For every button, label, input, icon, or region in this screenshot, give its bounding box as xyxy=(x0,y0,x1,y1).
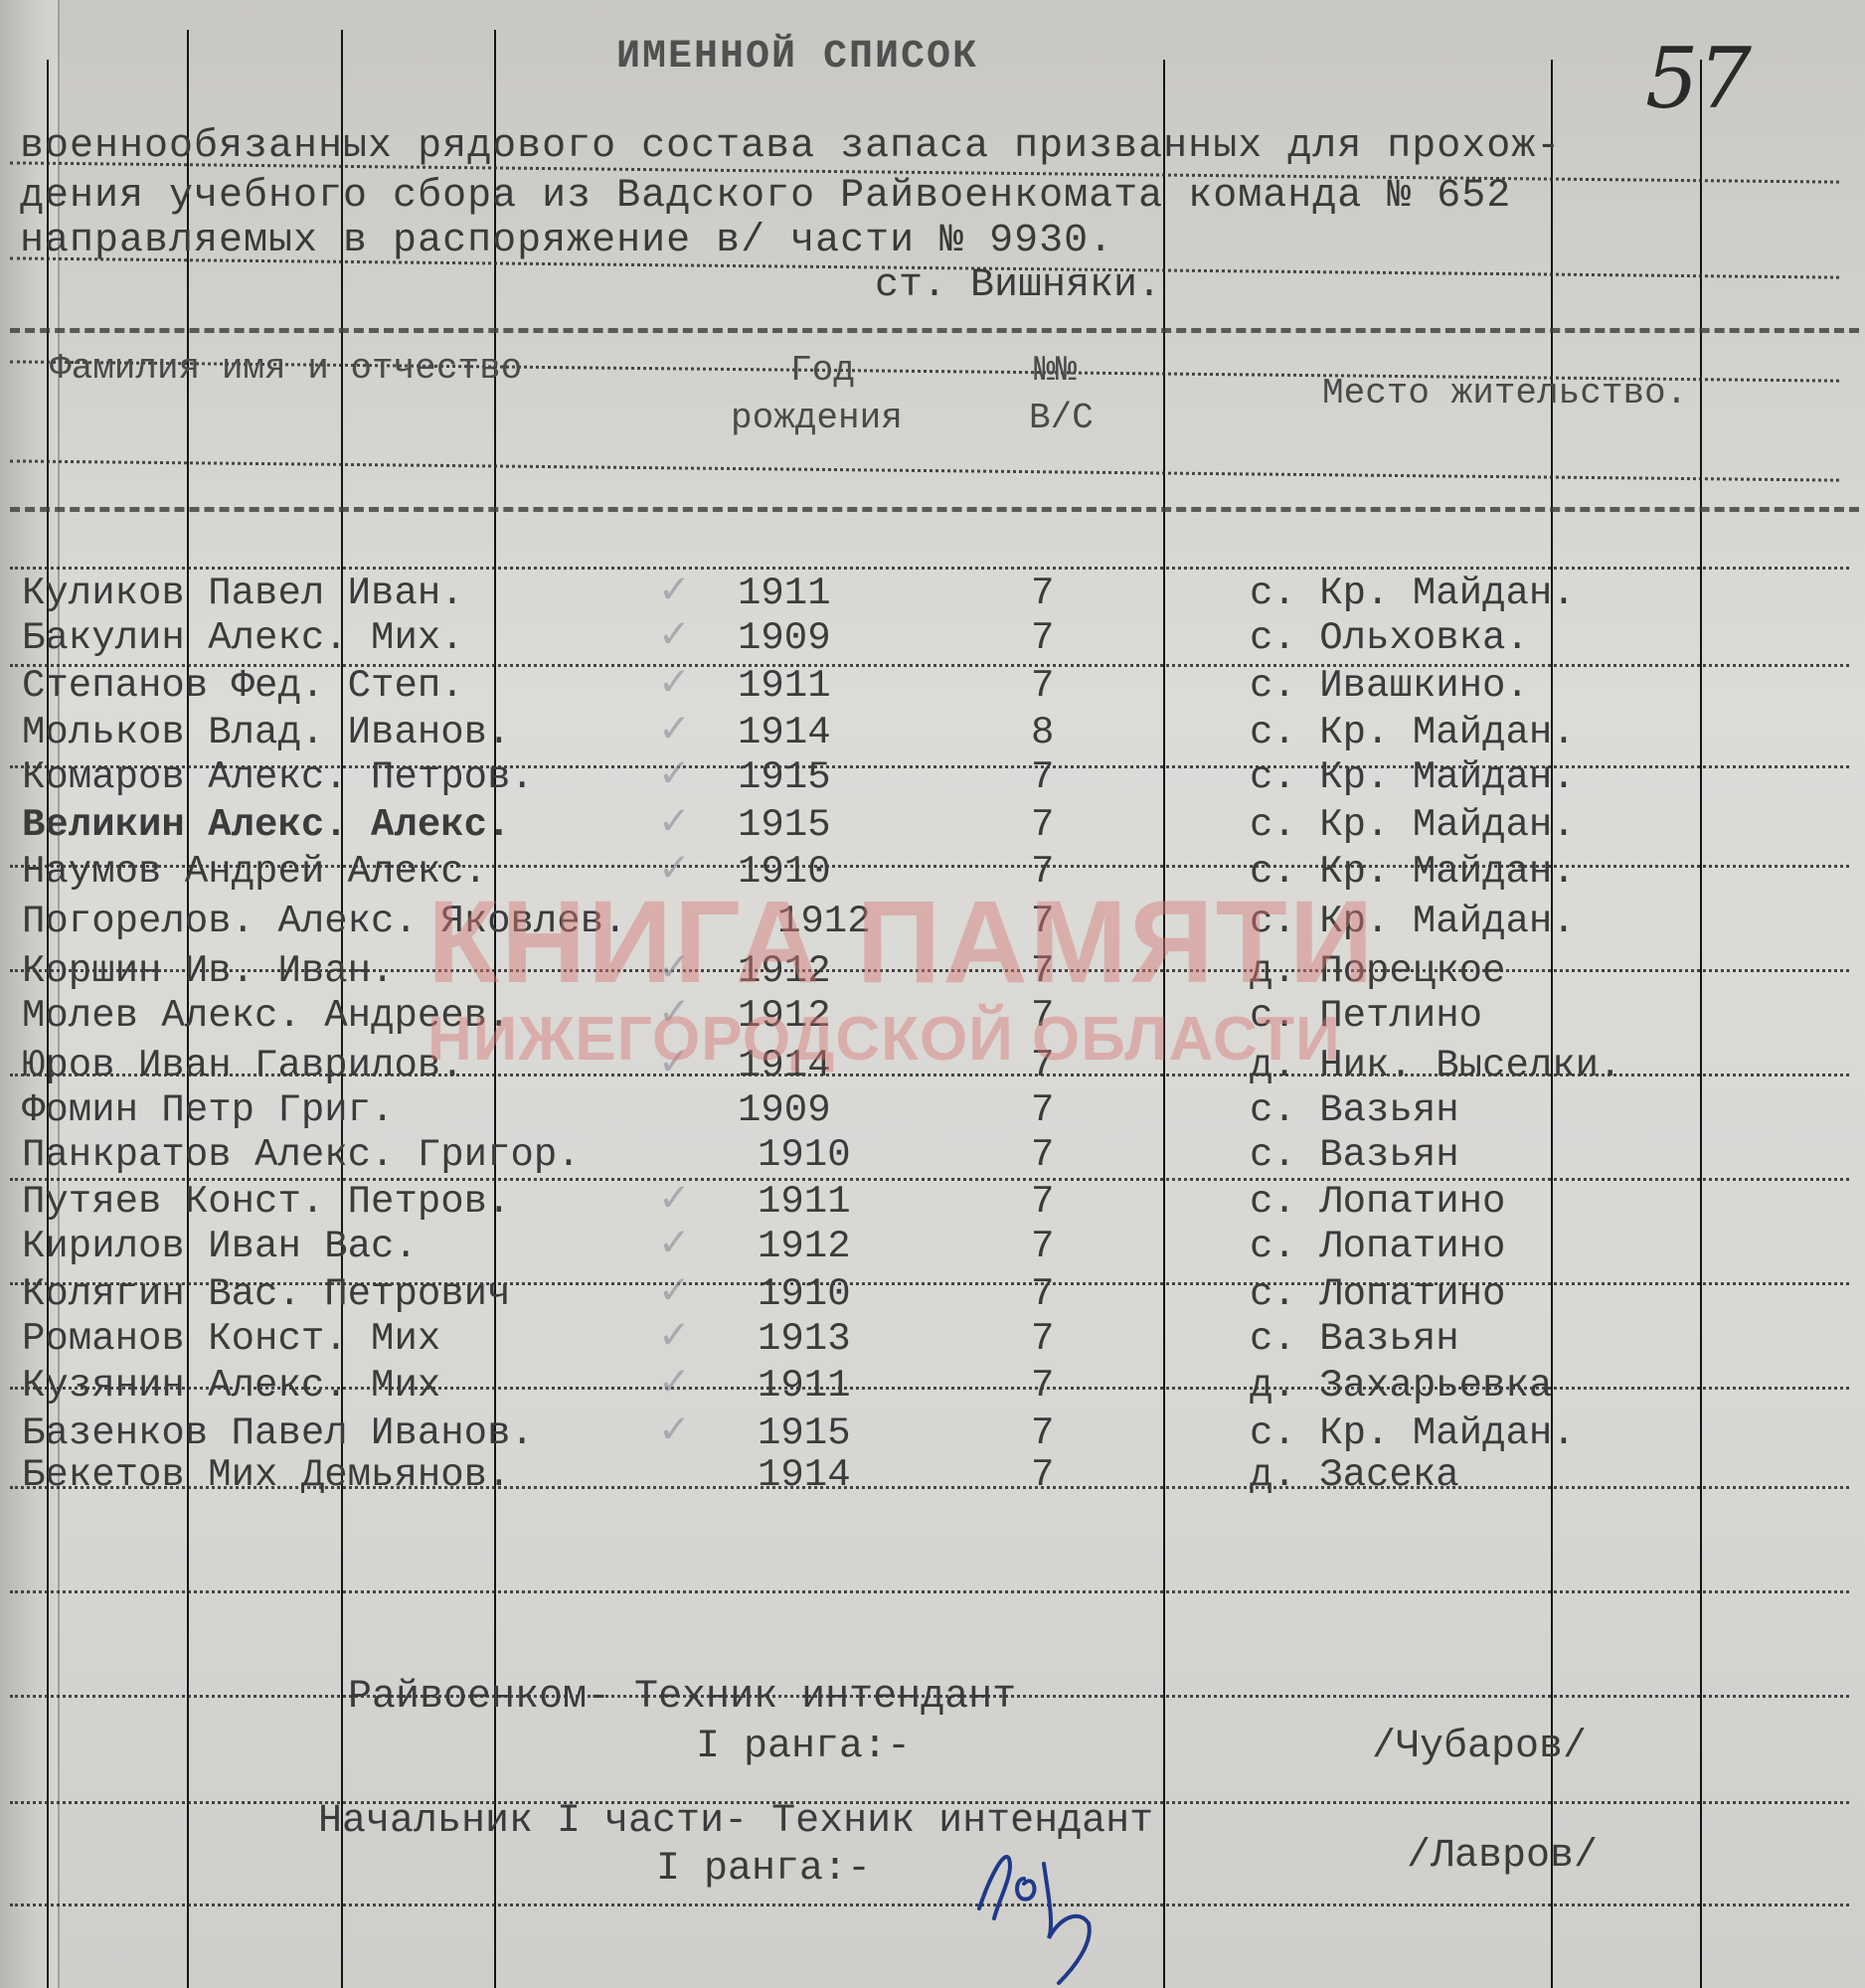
residence: с. Кр. Майдан. xyxy=(1250,572,1576,615)
vus-number: 7 xyxy=(1031,1044,1054,1087)
birth-year: 1912 xyxy=(758,1225,851,1268)
watermark-line-2: НИЖЕГОРОДСКОЙ ОБЛАСТИ xyxy=(427,1004,1341,1075)
checkmark-icon: ✓ xyxy=(658,1176,691,1221)
ruling-horizontal xyxy=(10,1590,1849,1593)
residence: д. Захарьевка xyxy=(1250,1364,1552,1408)
residence: с. Кр. Майдан. xyxy=(1250,803,1576,847)
birth-year: 1911 xyxy=(758,1364,851,1408)
birth-year: 1915 xyxy=(738,755,831,799)
header-line-3: направляемых в распоряжение в/ части № 9… xyxy=(20,219,1113,263)
signature-2-name: /Лавров/ xyxy=(1407,1834,1598,1879)
column-header-vus-2: В/С xyxy=(1029,398,1094,438)
vus-number: 7 xyxy=(1031,1364,1054,1408)
residence: с. Лопатино xyxy=(1250,1225,1505,1268)
birth-year: 1910 xyxy=(738,850,831,894)
vus-number: 7 xyxy=(1031,900,1054,943)
signature-1-rank: I ранга:- xyxy=(696,1725,911,1769)
vus-number: 7 xyxy=(1031,1317,1054,1361)
residence: с. Кр. Майдан. xyxy=(1250,711,1576,754)
signature-2-rank: I ранга:- xyxy=(656,1847,871,1892)
vus-number: 7 xyxy=(1031,664,1054,708)
birth-year: 1911 xyxy=(738,572,831,615)
person-name: Кузянин Алекс. Мих xyxy=(22,1364,440,1408)
document-title: ИМЕННОЙ СПИСОК xyxy=(616,35,978,80)
column-header-vus-1: №№ xyxy=(1034,350,1077,391)
person-name: Комаров Алекс. Петров. xyxy=(22,755,534,799)
birth-year: 1915 xyxy=(738,803,831,847)
residence: с. Лопатино xyxy=(1250,1272,1505,1316)
column-header-year-1: Год xyxy=(790,350,855,391)
person-name: Великин Алекс. Алекс. xyxy=(22,803,510,847)
residence: с. Кр. Майдан. xyxy=(1250,900,1576,943)
vus-number: 7 xyxy=(1031,850,1054,894)
ruling-vertical-5 xyxy=(1163,60,1165,1988)
ruling-vertical-7 xyxy=(1700,60,1702,1988)
person-name: Юров Иван Гаврилов. xyxy=(22,1044,464,1087)
column-header-name: Фамилия имя и отчество xyxy=(50,348,522,389)
birth-year: 1912 xyxy=(777,900,871,943)
person-name: Погорелов. Алекс. Яковлев. xyxy=(22,900,627,943)
checkmark-icon: ✓ xyxy=(658,990,691,1035)
vus-number: 7 xyxy=(1031,1133,1054,1177)
vus-number: 7 xyxy=(1031,1180,1054,1224)
checkmark-icon: ✓ xyxy=(658,846,691,891)
birth-year: 1911 xyxy=(758,1180,851,1224)
birth-year: 1910 xyxy=(758,1133,851,1177)
checkmark-icon: ✓ xyxy=(658,1040,691,1084)
residence: с. Кр. Майдан. xyxy=(1250,1411,1576,1455)
person-name: Базенков Павел Иванов. xyxy=(22,1411,534,1455)
person-name: Кирилов Иван Вас. xyxy=(22,1225,418,1268)
ruling-horizontal-dashed xyxy=(10,328,1859,333)
birth-year: 1909 xyxy=(738,1088,831,1132)
person-name: Бакулин Алекс. Мих. xyxy=(22,616,464,660)
checkmark-icon: ✓ xyxy=(658,1360,691,1405)
person-name: Панкратов Алекс. Григор. xyxy=(22,1133,581,1177)
checkmark-icon: ✓ xyxy=(658,945,691,990)
checkmark-icon: ✓ xyxy=(658,1313,691,1358)
birth-year: 1914 xyxy=(738,711,831,754)
person-name: Молев Алекс. Андреев. xyxy=(22,994,510,1038)
residence: с. Кр. Майдан. xyxy=(1250,755,1576,799)
checkmark-icon: ✓ xyxy=(658,707,691,751)
vus-number: 7 xyxy=(1031,755,1054,799)
person-name: Мольков Влад. Иванов. xyxy=(22,711,510,754)
header-line-2: дения учебного сбора из Вадского Райвоен… xyxy=(20,174,1511,219)
birth-year: 1914 xyxy=(758,1453,851,1497)
residence: д. Порецкое xyxy=(1250,949,1505,993)
birth-year: 1912 xyxy=(738,994,831,1038)
vus-number: 7 xyxy=(1031,949,1054,993)
residence: с. Кр. Майдан. xyxy=(1250,850,1576,894)
person-name: Степанов Фед. Степ. xyxy=(22,664,464,708)
ruling-horizontal xyxy=(10,567,1849,570)
checkmark-icon: ✓ xyxy=(658,751,691,796)
person-name: Куликов Павел Иван. xyxy=(22,572,464,615)
checkmark-icon: ✓ xyxy=(658,1408,691,1452)
person-name: Колягин Вас. Петрович xyxy=(22,1272,510,1316)
station-line: ст. Вишняки. xyxy=(875,263,1161,308)
vus-number: 7 xyxy=(1031,1453,1054,1497)
birth-year: 1909 xyxy=(738,616,831,660)
vus-number: 7 xyxy=(1031,803,1054,847)
checkmark-icon: ✓ xyxy=(658,660,691,705)
vus-number: 7 xyxy=(1031,994,1054,1038)
handwritten-signature-icon xyxy=(969,1839,1168,1988)
ruling-horizontal xyxy=(10,459,1839,481)
residence: д. Засека xyxy=(1250,1453,1459,1497)
birth-year: 1915 xyxy=(758,1411,851,1455)
residence: с. Ольховка. xyxy=(1250,616,1529,660)
residence: с. Вазьян xyxy=(1250,1088,1459,1132)
folio-number: 57 xyxy=(1645,30,1752,127)
person-name: Наумов Андрей Алекс. xyxy=(22,850,487,894)
checkmark-icon: ✓ xyxy=(658,1221,691,1265)
ruling-horizontal-dashed xyxy=(10,507,1859,512)
ruling-horizontal xyxy=(10,1904,1849,1906)
vus-number: 7 xyxy=(1031,1088,1054,1132)
ruling-vertical-6 xyxy=(1551,60,1553,1988)
vus-number: 7 xyxy=(1031,1411,1054,1455)
checkmark-icon: ✓ xyxy=(658,799,691,844)
residence: с. Петлино xyxy=(1250,994,1482,1038)
checkmark-icon: ✓ xyxy=(658,1268,691,1313)
residence: с. Лопатино xyxy=(1250,1180,1505,1224)
vus-number: 7 xyxy=(1031,1225,1054,1268)
birth-year: 1914 xyxy=(738,1044,831,1087)
birth-year: 1912 xyxy=(738,949,831,993)
vus-number: 8 xyxy=(1031,711,1054,754)
column-header-year-2: рождения xyxy=(731,398,903,438)
person-name: Путяев Конст. Петров. xyxy=(22,1180,510,1224)
header-line-1: военнообязанных рядового состава запаса … xyxy=(20,124,1561,169)
document-page: ИМЕННОЙ СПИСОК 57 военнообязанных рядово… xyxy=(0,0,1865,1988)
vus-number: 7 xyxy=(1031,1272,1054,1316)
person-name: Романов Конст. Мих xyxy=(22,1317,440,1361)
checkmark-icon: ✓ xyxy=(658,612,691,657)
residence: с. Вазьян xyxy=(1250,1317,1459,1361)
vus-number: 7 xyxy=(1031,572,1054,615)
birth-year: 1910 xyxy=(758,1272,851,1316)
birth-year: 1911 xyxy=(738,664,831,708)
birth-year: 1913 xyxy=(758,1317,851,1361)
checkmark-icon: ✓ xyxy=(658,568,691,612)
signature-1-title: Райвоенком- Техник интендант xyxy=(348,1675,1016,1720)
person-name: Фомин Петр Григ. xyxy=(22,1088,394,1132)
vus-number: 7 xyxy=(1031,616,1054,660)
signature-1-name: /Чубаров/ xyxy=(1372,1725,1587,1769)
person-name: Коршин Ив. Иван. xyxy=(22,949,394,993)
column-header-residence: Место жительство. xyxy=(1322,373,1687,414)
residence: с. Ивашкино. xyxy=(1250,664,1529,708)
signature-2-title: Начальник I части- Техник интендант xyxy=(318,1799,1153,1844)
residence: д. Ник. Выселки. xyxy=(1250,1044,1621,1087)
residence: с. Вазьян xyxy=(1250,1133,1459,1177)
person-name: Бекетов Мих Демьянов. xyxy=(22,1453,510,1497)
